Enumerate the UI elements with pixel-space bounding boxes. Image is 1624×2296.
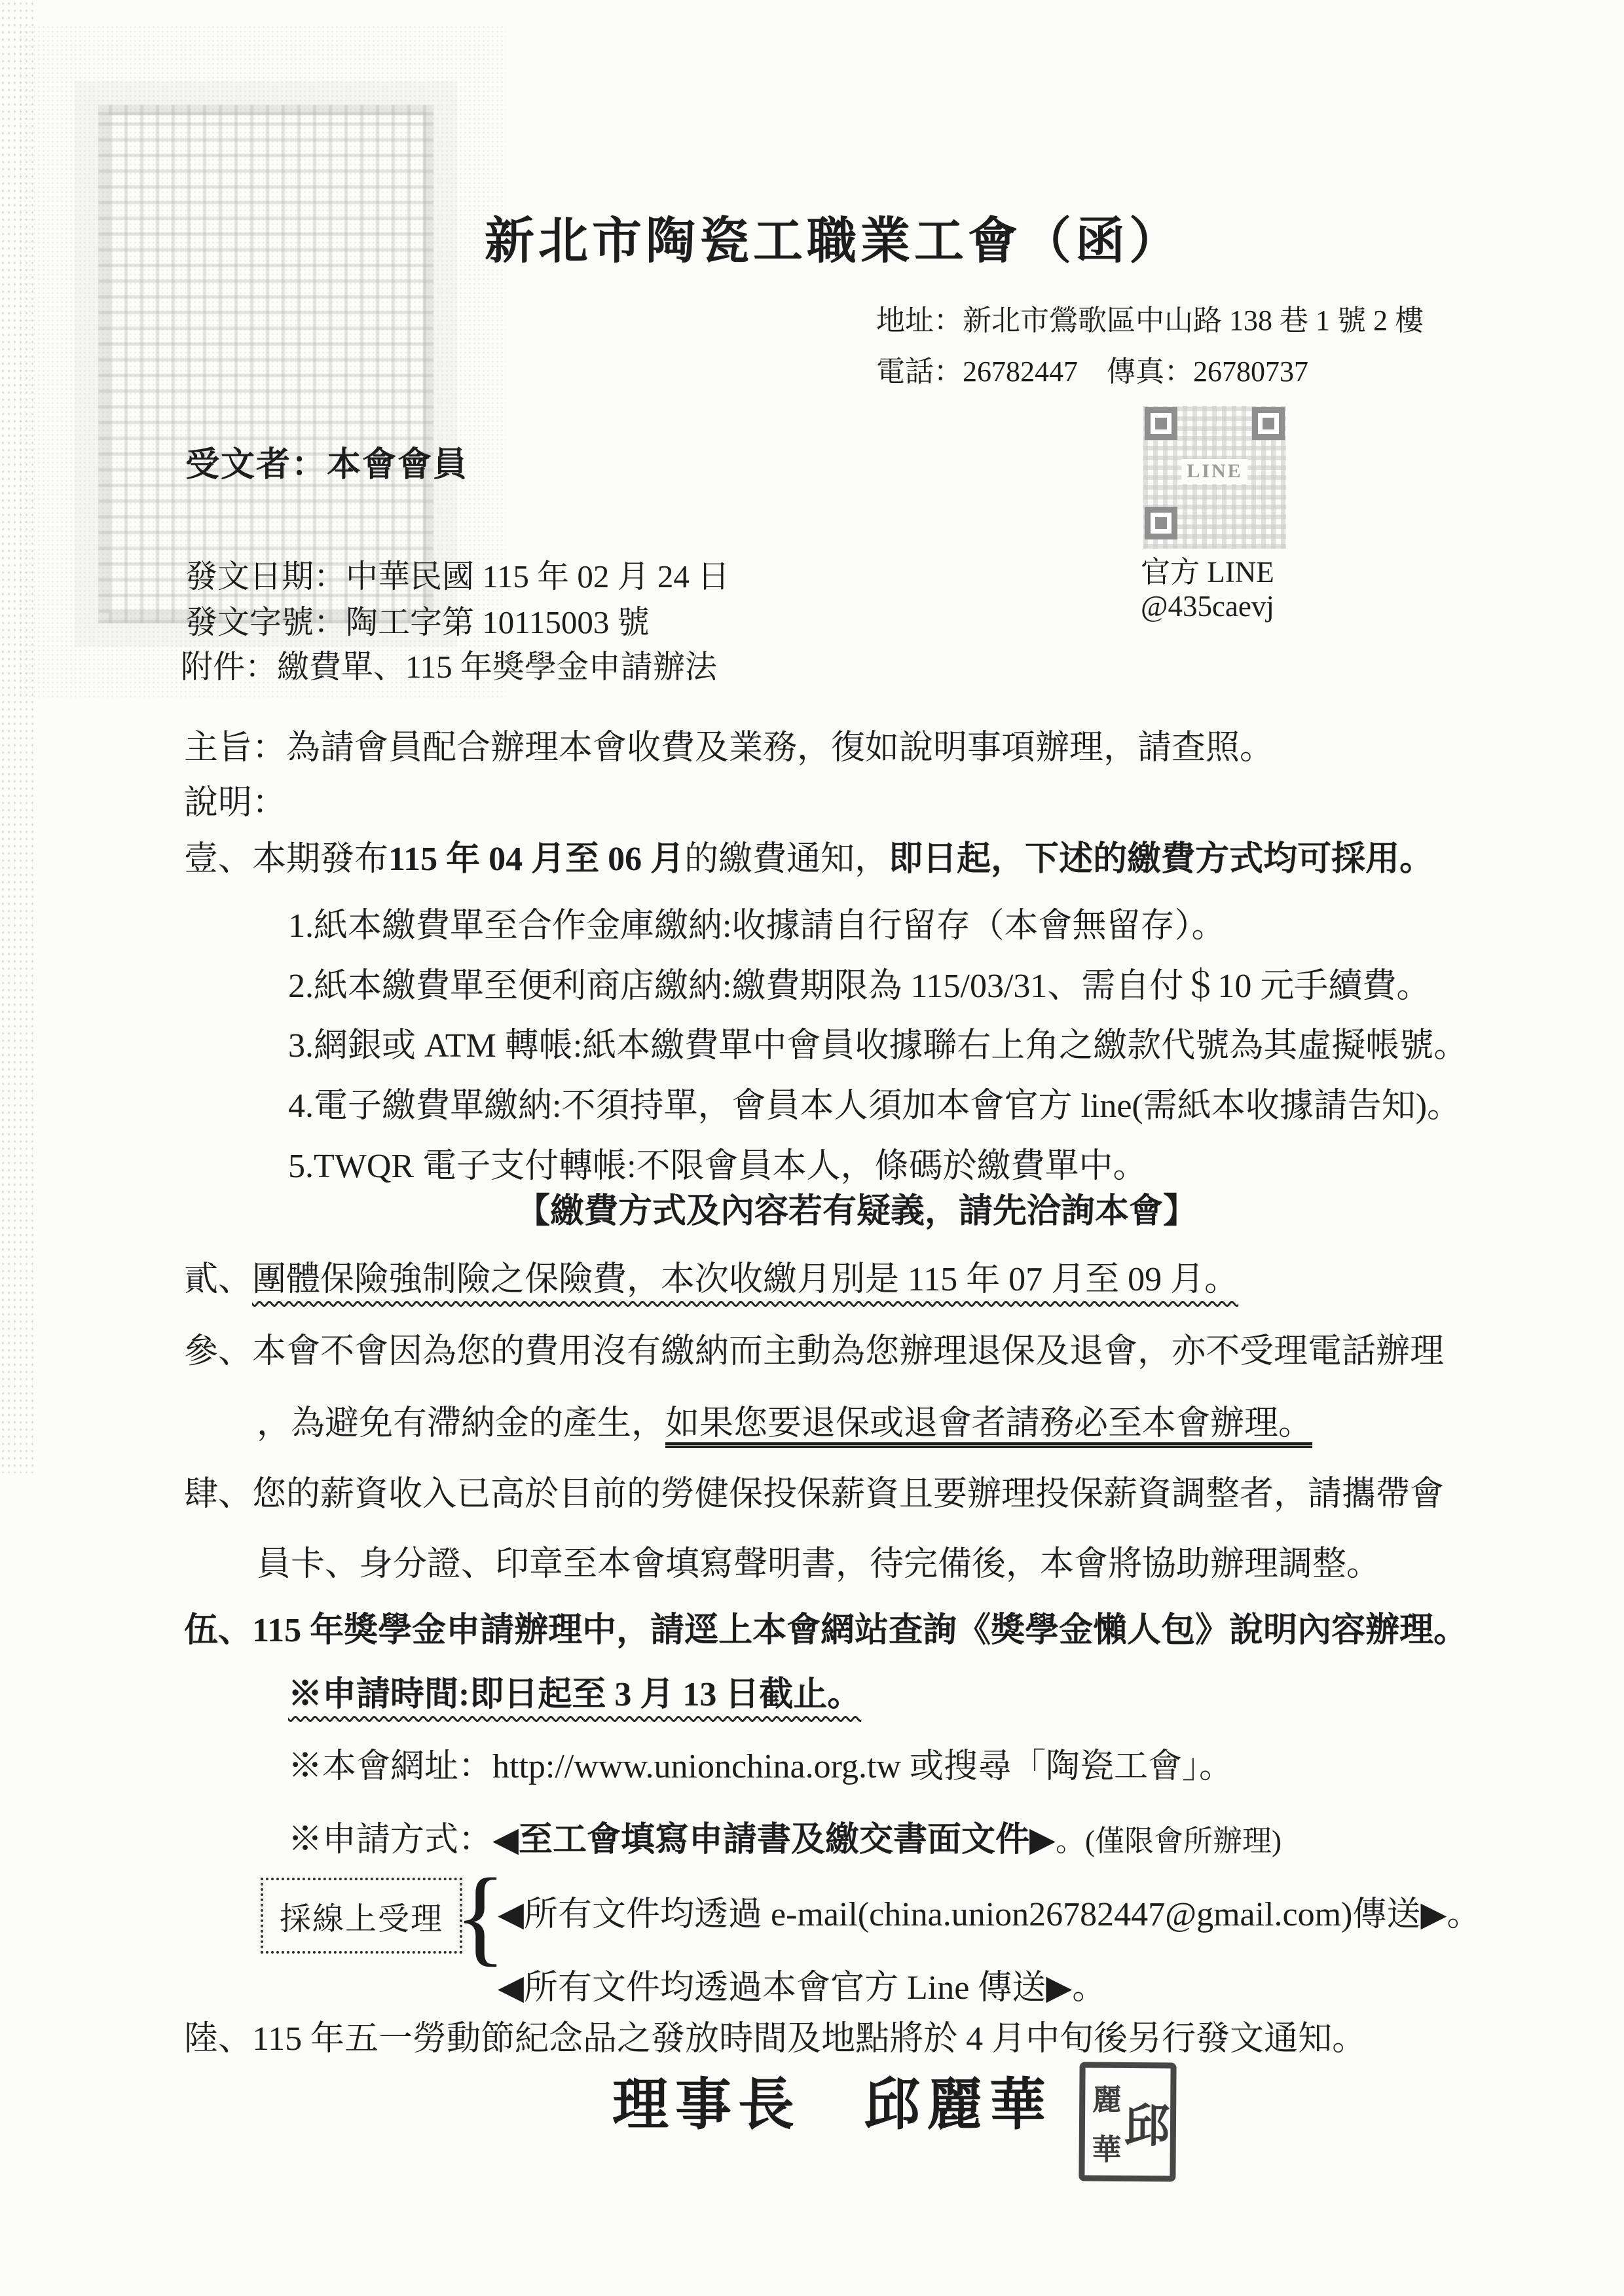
section-1-line: 壹、本期發布115 年 04 月至 06 月的繳費通知，即日起，下述的繳費方式均… xyxy=(184,838,1433,881)
section-3-line-2-underlined: 如果您要退保或退會者請務必至本會辦理。 xyxy=(665,1405,1312,1442)
payment-method-4: 4.電子繳費單繳納:不須持單，會員本人須加本會官方 line(需紙本收據請告知)… xyxy=(288,1085,1461,1127)
seal-char-bottom-left: 華 xyxy=(1092,2125,1121,2168)
online-submission-label: 採線上受理 xyxy=(280,1893,443,1939)
method-note-suffix: 。(僅限會所辦理) xyxy=(1056,1825,1282,1857)
recipient-line: 受文者：本會會員 xyxy=(185,444,468,486)
section-1-period: 115 年 04 月至 06 月 xyxy=(388,841,684,878)
online-submission-option-1: ◀所有文件均透過 e-mail(china.union26782447@gmai… xyxy=(498,1893,1481,1936)
section-3-line-2: ，為避免有滯納金的產生，如果您要退保或退會者請務必至本會辦理。 xyxy=(257,1402,1312,1445)
payment-notice-line: 【繳費方式及內容若有疑義，請先洽詢本會】 xyxy=(516,1190,1197,1233)
section-1-tail: 即日起，下述的繳費方式均可採用。 xyxy=(889,841,1433,878)
qr-finder-top-left-icon xyxy=(1145,407,1177,440)
section-3-line-2-prefix: ，為避免有滯納金的產生， xyxy=(257,1405,665,1442)
section-5-line: 伍、115 年獎學金申請辦理中，請逕上本會網站查詢《獎學金懶人包》說明內容辦理。 xyxy=(184,1609,1467,1652)
official-line-label: 官方 LINE xyxy=(1141,554,1274,591)
issue-date-line: 發文日期：中華民國 115 年 02 月 24 日 xyxy=(185,556,729,596)
attachments-line: 附件：繳費單、115 年獎學金申請辦法 xyxy=(181,647,717,687)
chairman-signature: 理事長 邱麗華 xyxy=(612,2070,1052,2141)
payment-method-1: 1.紙本繳費單至合作金庫繳納:收據請自行留存（本會無留存）。 xyxy=(288,905,1225,947)
payment-method-2: 2.紙本繳費單至便利商店繳納:繳費期限為 115/03/31、需自付＄10 元手… xyxy=(288,965,1430,1008)
qr-line-logo: LINE xyxy=(1181,459,1247,484)
seal-char-top-left: 麗 xyxy=(1092,2075,1122,2118)
section-6-line: 陸、115 年五一勞動節紀念品之發放時間及地點將於 4 月中旬後另行發文通知。 xyxy=(184,2018,1366,2060)
method-note-bold: ◀至工會填寫申請書及繳交書面文件▶ xyxy=(492,1821,1056,1859)
payment-method-3: 3.網銀或 ATM 轉帳:紙本繳費單中會員收據聯右上角之繳款代號為其虛擬帳號。 xyxy=(288,1025,1467,1067)
scanned-letter-page: 新北市陶瓷工職業工會（函） 地址：新北市鶯歌區中山路 138 巷 1 號 2 樓… xyxy=(0,0,1624,2296)
scholarship-method-note: ※申請方式：◀至工會填寫申請書及繳交書面文件▶。(僅限會所辦理) xyxy=(288,1819,1282,1861)
qr-finder-bottom-left-icon xyxy=(1145,507,1177,539)
chairman-name-seal-stamp: 邱 麗 華 xyxy=(1079,2062,1176,2181)
org-phone-fax: 電話：26782447 傳真：26780737 xyxy=(876,354,1308,390)
org-title: 新北市陶瓷工職業工會（函） xyxy=(485,211,1183,273)
seal-char-right: 邱 xyxy=(1126,2072,1168,2172)
qr-finder-top-right-icon xyxy=(1252,407,1285,440)
line-account-id: @435caevj xyxy=(1141,588,1274,625)
scholarship-deadline-note: ※申請時間:即日起至 3 月 13 日截止。 xyxy=(288,1673,861,1716)
section-1-prefix: 壹、本期發布 xyxy=(184,841,388,878)
section-4-line-1: 肆、您的薪資收入已高於目前的勞健保投保薪資且要辦理投保薪資調整者，請攜帶會 xyxy=(184,1473,1444,1516)
scholarship-website-note: ※本會網址：http://www.unionchina.org.tw 或搜尋「陶… xyxy=(288,1745,1233,1788)
org-address: 地址：新北市鶯歌區中山路 138 巷 1 號 2 樓 xyxy=(876,302,1424,338)
section-3-line-1: 參、本會不會因為您的費用沒有繳納而主動為您辦理退保及退會，亦不受理電話辦理 xyxy=(184,1330,1444,1373)
section-2-prefix: 貳、 xyxy=(184,1261,252,1298)
section-2-line: 貳、團體保險強制險之保險費，本次收繳月別是 115 年 07 月至 09 月。 xyxy=(184,1258,1238,1301)
official-seal-watermark xyxy=(98,105,434,623)
online-submission-option-2: ◀所有文件均透過本會官方 Line 傳送▶。 xyxy=(498,1967,1106,2009)
section-4-line-2: 員卡、身分證、印章至本會填寫聲明書，待完備後，本會將協助辦理調整。 xyxy=(257,1543,1380,1586)
payment-method-5: 5.TWQR 電子支付轉帳:不限會員本人，條碼於繳費單中。 xyxy=(288,1145,1147,1188)
section-1-middle: 的繳費通知， xyxy=(684,841,889,878)
subject-line: 主旨：為請會員配合辦理本會收費及業務，復如說明事項辦理，請查照。 xyxy=(184,727,1274,769)
section-2-underlined: 團體保險強制險之保險費，本次收繳月別是 115 年 07 月至 09 月。 xyxy=(252,1261,1238,1298)
doc-number-line: 發文字號：陶工字第 10115003 號 xyxy=(185,602,650,642)
explanation-heading: 說明： xyxy=(184,782,286,824)
online-submission-box: 採線上受理 xyxy=(261,1878,462,1954)
line-qr-code: LINE xyxy=(1143,406,1286,549)
seal-left-column: 麗 華 xyxy=(1087,2072,1126,2172)
